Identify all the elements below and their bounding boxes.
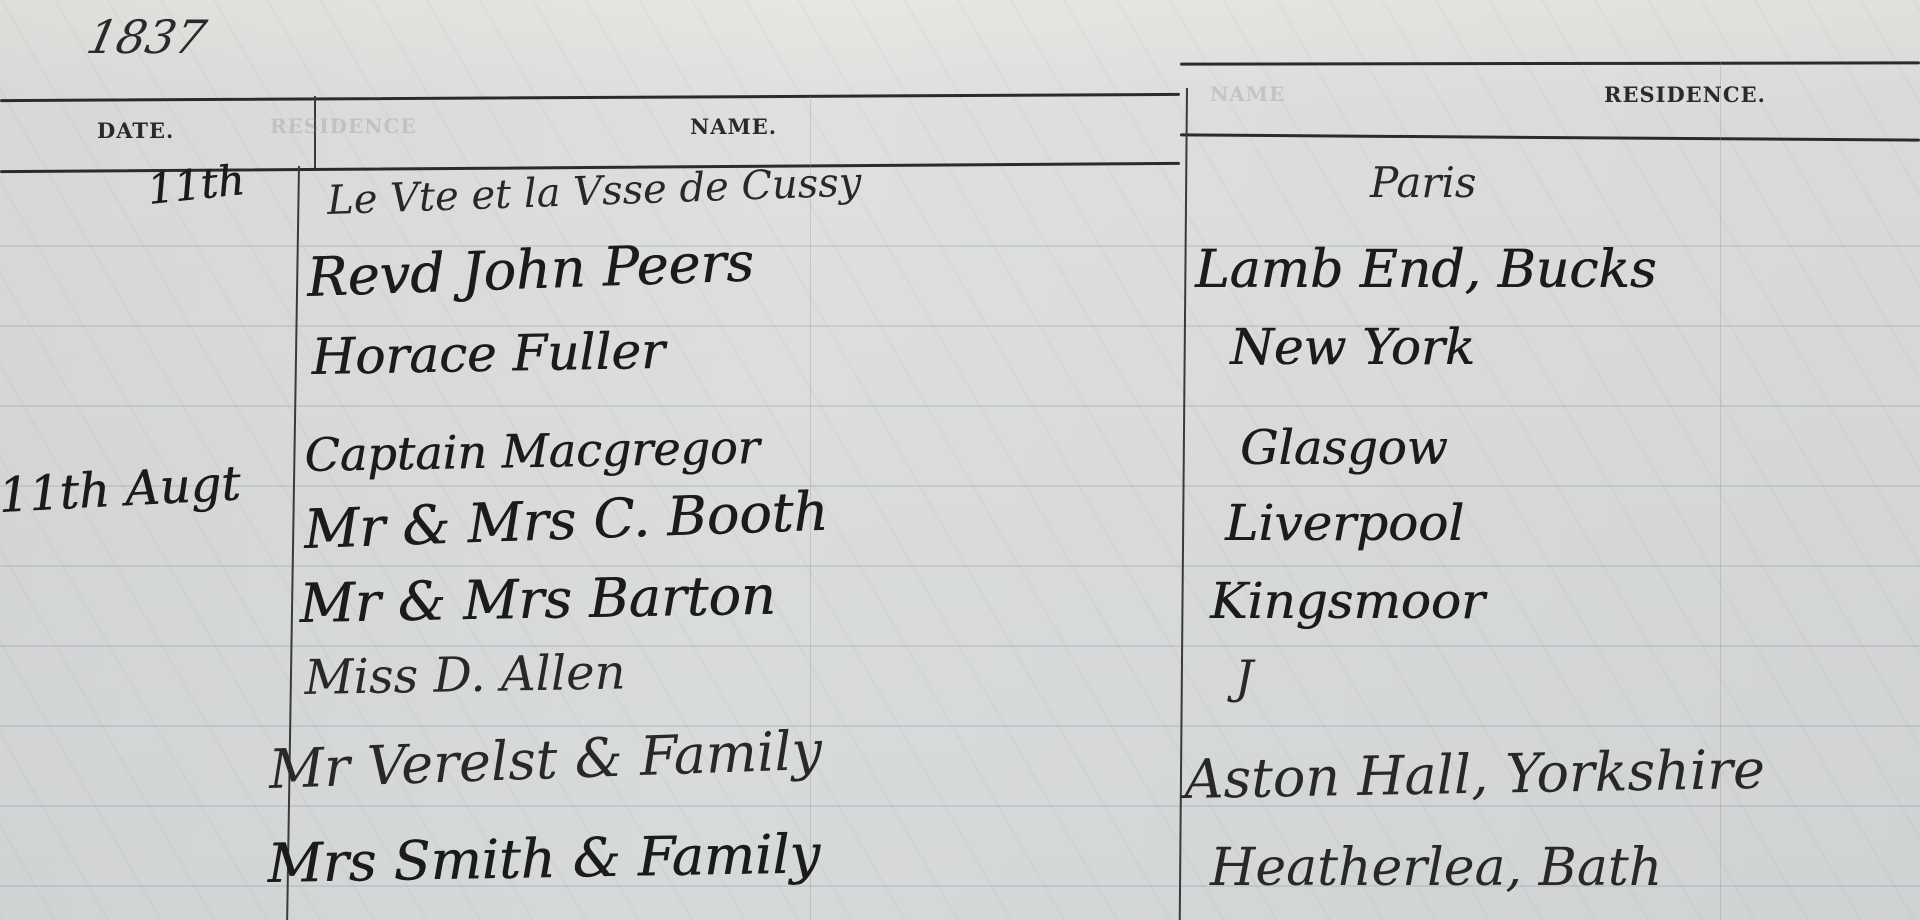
entry-name: Mr Verelst & Family	[268, 719, 823, 801]
column-header-name: NAME.	[690, 114, 777, 139]
entry-residence: Heatherlea, Bath	[1210, 838, 1662, 898]
entry-name: Mrs Smith & Family	[267, 822, 821, 895]
ruled-line	[0, 725, 1920, 727]
entry-date: 11th Augt	[0, 455, 242, 524]
entry-name: Revd John Peers	[306, 230, 755, 309]
ruled-line	[0, 565, 1920, 567]
entry-residence: Paris	[1370, 158, 1476, 207]
entry-residence: Kingsmoor	[1210, 572, 1485, 630]
header-bottom-rule-right	[1180, 133, 1920, 141]
entry-name: Mr & Mrs Barton	[299, 564, 776, 635]
column-header-residence: RESIDENCE.	[1604, 82, 1766, 107]
ruled-line	[0, 485, 1920, 487]
ghost-header-middle: NAME	[1210, 82, 1285, 106]
year-label: 1837	[82, 10, 211, 64]
entry-residence: Glasgow	[1240, 420, 1448, 476]
ghost-header-left: RESIDENCE	[270, 114, 417, 138]
ruled-line	[0, 405, 1920, 407]
entry-name: Horace Fuller	[311, 322, 665, 386]
ruled-line	[0, 325, 1920, 327]
entry-name: Miss D. Allen	[304, 644, 626, 706]
entry-residence: Lamb End, Bucks	[1195, 240, 1656, 300]
entry-residence: Aston Hall, Yorkshire	[1184, 738, 1766, 811]
register-page: 1837 RESIDENCE NAME DATE. NAME. RESIDENC…	[0, 0, 1920, 920]
entry-residence: New York	[1230, 318, 1475, 376]
entry-residence: J	[1235, 650, 1253, 704]
column-header-date: DATE.	[97, 118, 174, 143]
entry-name: Mr & Mrs C. Booth	[303, 480, 829, 561]
header-top-rule-right	[1180, 61, 1920, 65]
entry-date: 11th	[145, 155, 247, 214]
entry-residence: Liverpool	[1225, 494, 1464, 552]
header-top-rule	[0, 93, 1180, 102]
entry-name: Captain Macgregor	[304, 420, 760, 482]
ruled-line	[0, 645, 1920, 647]
